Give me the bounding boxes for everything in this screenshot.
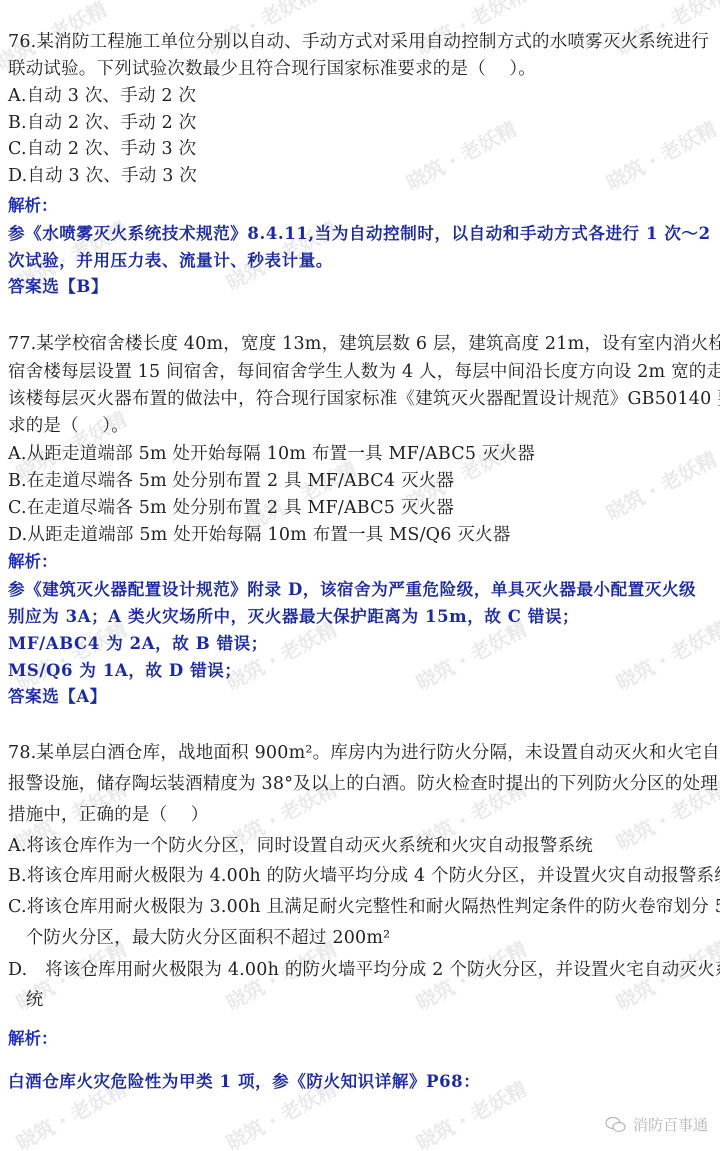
watermark: 晓筑 · 老妖精 (600, 443, 720, 526)
question-text: 该楼每层灭火器布置的做法中，符合现行国家标准《建筑灭火器配置设计规范》GB501… (8, 385, 720, 410)
question-text: 78.某单层白酒仓库，战地面积 900m²。库房内为进行防火分隔，未设置自动灭火… (8, 739, 720, 764)
question-text: 77.某学校宿舍楼长度 40m，宽度 13m，建筑层数 6 层，建筑高度 21m… (8, 330, 720, 355)
wechat-icon (605, 1116, 627, 1134)
option-b: B.将该仓库用耐火极限为 4.00h 的防火墙平均分成 4 个防火分区，并设置火… (8, 862, 720, 887)
question-text: 求的是（ ）。 (8, 412, 129, 437)
analysis-text: 别应为 3A；A 类火灾场所中，灭火器最大保护距离为 15m，故 C 错误； (8, 603, 579, 627)
option-a: A.将该仓库作为一个防火分区，同时设置自动灭火系统和火灾自动报警系统 (8, 832, 593, 857)
option-c-continued: 个防火分区，最大防火分区面积不超过 200m² (8, 924, 390, 949)
brand-label: 消防百事通 (633, 1114, 708, 1135)
analysis-text: 参《建筑灭火器配置设计规范》附录 D，该宿舍为严重危险级，单具灭火器最小配置灭火… (8, 576, 696, 600)
brand-watermark: 消防百事通 (605, 1114, 708, 1135)
analysis-text: MF/ABC4 为 2A，故 B 错误； (8, 630, 268, 654)
analysis-text: 参《水喷雾灭火系统技术规范》8.4.11,当为自动控制时，以自动和手动方式各进行… (8, 220, 711, 244)
option-c: C.将该仓库用耐火极限为 3.00h 且满足耐火完整性和耐火隔热性判定条件的防火… (8, 893, 720, 918)
analysis-label: 解析： (8, 548, 58, 572)
question-text: 76.某消防工程施工单位分别以自动、手动方式对采用自动控制方式的水喷雾灭火系统进… (8, 28, 709, 53)
question-text: 报警设施，储存陶坛装酒精度为 38°及以上的白酒。防火检查时提出的下列防火分区的… (8, 770, 718, 795)
option-c: C.在走道尽端各 5m 处分别布置 2 具 MF/ABC5 灭火器 (8, 494, 454, 519)
option-d: D.自动 3 次、手动 3 次 (8, 162, 197, 187)
analysis-label: 解析： (8, 1025, 58, 1049)
answer-text: 答案选【B】 (8, 273, 108, 297)
answer-text: 答案选【A】 (8, 683, 107, 707)
option-a: A.自动 3 次、手动 2 次 (8, 82, 196, 107)
option-a: A.从距走道端部 5m 处开始每隔 10m 布置一具 MF/ABC5 灭火器 (8, 440, 535, 465)
option-d: D.从距走道端部 5m 处开始每隔 10m 布置一具 MS/Q6 灭火器 (8, 521, 510, 546)
analysis-label: 解析： (8, 192, 58, 216)
question-text: 措施中，正确的是（ ） (8, 801, 208, 826)
question-text: 联动试验。下列试验次数最少且符合现行国家标准要求的是（ ）。 (8, 55, 536, 80)
analysis-text: MS/Q6 为 1A，故 D 错误； (8, 657, 241, 681)
option-b: B.在走道尽端各 5m 处分别布置 2 具 MF/ABC4 灭火器 (8, 467, 454, 492)
option-c: C.自动 2 次、手动 3 次 (8, 135, 196, 160)
option-d-continued: 统 (8, 986, 43, 1011)
watermark: 晓筑 · 老妖精 (610, 613, 720, 696)
question-text: 宿舍楼每层设置 15 间宿舍，每间宿舍学生人数为 4 人，每层中间沿长度方向设 … (8, 358, 720, 383)
analysis-text: 次试验，并用压力表、流量计、秒表计量。 (8, 247, 333, 271)
watermark: 晓筑 · 老妖精 (600, 113, 720, 196)
watermark: 晓筑 · 老妖精 (400, 113, 521, 196)
option-d: D. 将该仓库用耐火极限为 4.00h 的防火墙平均分成 2 个防火分区，并设置… (8, 956, 720, 981)
option-b: B.自动 2 次、手动 2 次 (8, 109, 196, 134)
analysis-text: 白酒仓库火灾危险性为甲类 1 项，参《防火知识详解》P68： (8, 1068, 480, 1092)
